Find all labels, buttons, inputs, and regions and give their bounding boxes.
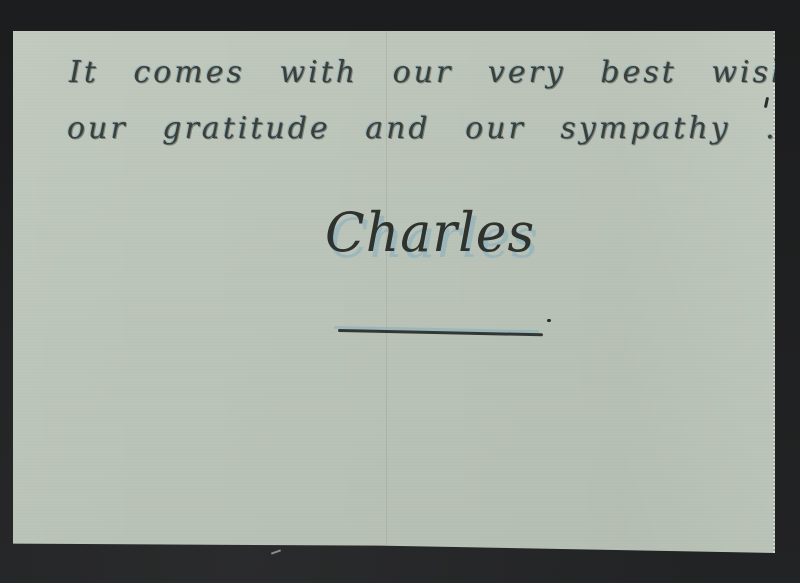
paper-torn-edge: [773, 31, 775, 553]
paper-fold-line: [386, 31, 387, 553]
comma-ink-mark: [764, 97, 769, 108]
letter-paper: It comes with our very best wishes, our …: [13, 31, 775, 553]
signature-underline: [338, 329, 543, 336]
signature-dot: [547, 319, 551, 322]
handwritten-line-1: It comes with our very best wishes,: [69, 55, 800, 90]
backdrop-scratch-mark: [271, 549, 281, 554]
dark-backdrop: It comes with our very best wishes, our …: [0, 0, 800, 583]
handwritten-line-2: our gratitude and our sympathy .: [67, 111, 778, 146]
signature: Charles: [325, 202, 535, 265]
